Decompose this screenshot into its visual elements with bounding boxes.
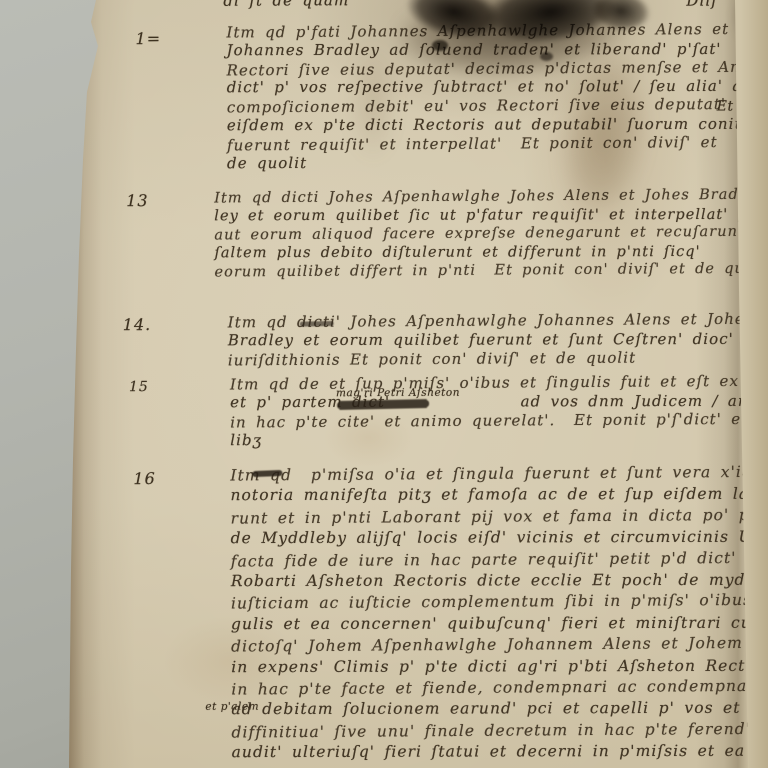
interlinear-insertion-item15: mag'ri Petri Aſsheton [336,387,460,400]
handwritten-text-line: Itm qd dicti Johes Aſpenhawlghe Johes Al… [214,185,768,208]
handwritten-text-line: in expens' Climis p' p'te dicti ag'ri p'… [231,655,768,678]
item-margin-number: 15 [129,379,149,395]
manuscript-page: di ſt de quam Diiſ 1=Itm qd p'fati Johan… [0,0,768,768]
margin-addition-et: Et [717,98,734,114]
strikethrough-scribble [300,321,334,327]
handwritten-text-line: de Myddleby alijſq' locis eiſd' vicinis … [231,527,768,550]
handwritten-text-line: iuriſdithionis Et ponit con' diviſ' et d… [228,347,760,370]
handwritten-text-line: eorum quilibet differt in p'nti Et ponit… [214,260,768,283]
handwritten-text-line: Bradley et eorum quilibet fuerunt et ſun… [228,330,760,350]
handwritten-text-line: runt et in p'nti Laborant pij vox et fam… [231,504,768,530]
manuscript-item: 1=Itm qd p'fati Johannes Aſpenhawlghe Jo… [0,20,766,23]
item-margin-number: 13 [126,191,148,210]
manuscript-photo: di ſt de quam Diiſ 1=Itm qd p'fati Johan… [0,0,768,768]
handwritten-text-line: Robarti Aſsheton Rectoris dicte ecclie E… [231,569,768,592]
handwritten-text-line: aut eorum aliquod facere expreſse denega… [214,223,768,246]
item-margin-number: 1= [135,29,161,48]
handwritten-text-line: eiſdem ex p'te dicti Rectoris aut deputa… [227,115,768,135]
handwritten-text-line: Itm qd p'fati Johannes Aſpenhawlghe Joha… [226,19,768,42]
handwritten-text-line: notoria manifeſta pitʒ et famoſa ac de e… [230,484,768,507]
handwritten-text-line: audit' ulteriuſq' fieri ſtatui et decern… [232,741,768,764]
handwritten-text-line: gulis et ea concernen' quibuſcunq' fieri… [231,612,768,635]
item-margin-number: 16 [133,469,155,488]
interlinear-insertion-item16: et p'alem [205,701,259,713]
manuscript-text: di ſt de quam Diiſ 1=Itm qd p'fati Johan… [0,0,768,768]
handwritten-text-line: iuſticiam ac iuſticie complementum ſibi … [231,590,768,616]
handwritten-text-line: Johannes Bradley ad ſoluend traden' et l… [227,40,768,60]
handwritten-text-line: fuerunt requiſit' et interpellat' Et pon… [227,132,768,155]
manuscript-item: 14.Itm qd dicti' Johes Aſpenhawlghe Joha… [0,310,768,313]
handwritten-text-line: de quolit [227,152,768,172]
handwritten-text-line: libʒ [230,430,768,451]
manuscript-item: 16Itm qd p'miſsa o'ia et ſingula fuerunt… [0,462,768,465]
item-margin-number: 14. [123,315,152,334]
manuscript-item: 15Itm qd de et ſup p'miſs' o'ibus et ſin… [0,372,768,375]
handwritten-text-line: dictoſq' Johem Aſpenhawlghe Johannem Ale… [231,632,768,658]
handwritten-text-line: ad debitam ſolucionem earund' pci et cap… [231,698,768,721]
strikethrough-scribble [252,470,282,477]
manuscript-item: 13Itm qd dicti Johes Aſpenhawlghe Johes … [0,186,767,189]
numbered-articles: 1=Itm qd p'fati Johannes Aſpenhawlghe Jo… [0,0,768,768]
handwritten-text-line: diffinitiua' ſive unu' finale decretum i… [231,718,768,744]
handwritten-text-line: facta fide de iure in hac parte requiſit… [231,547,768,573]
handwritten-text-line: et p' partem dict' ad vos dnm Judicem / … [230,392,768,413]
